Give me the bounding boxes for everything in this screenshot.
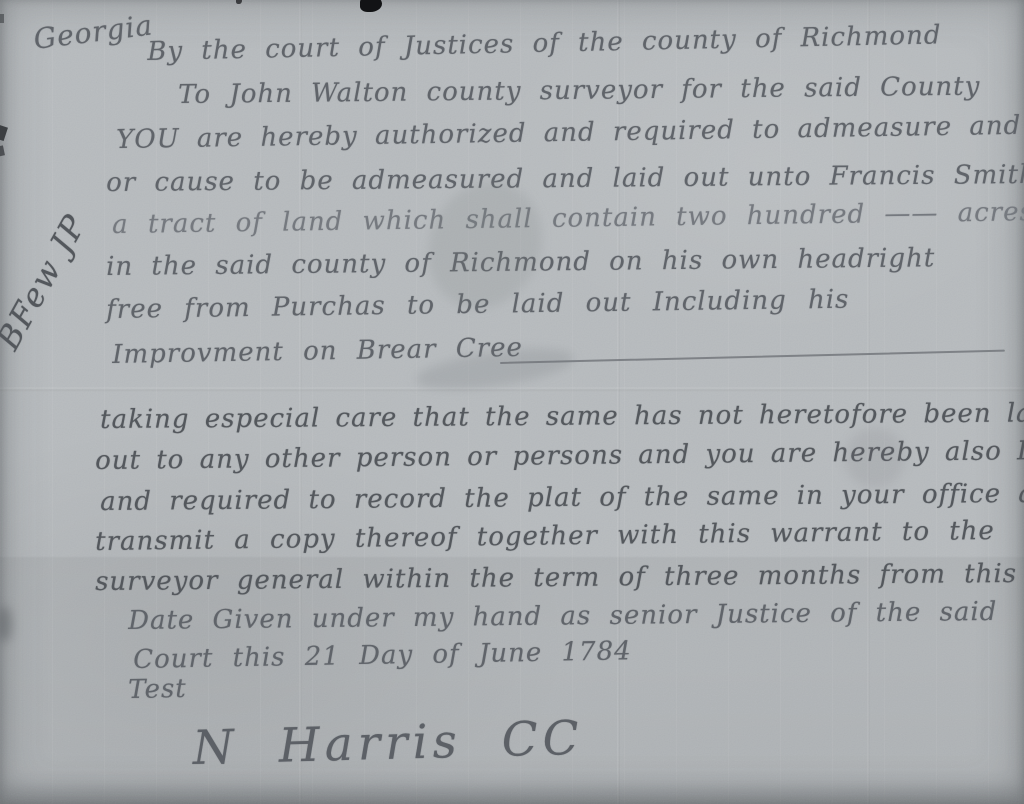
manuscript-line: By the court of Justices of the county o… — [147, 21, 942, 68]
manuscript-line: surveyor general within the term of thre… — [95, 560, 1017, 598]
manuscript-line: Date Given under my hand as senior Justi… — [128, 598, 998, 637]
manuscript-line: transmit a copy thereof together with th… — [95, 517, 995, 558]
attestation-label: Test — [128, 675, 187, 706]
margin-docket: BFew JP — [0, 207, 94, 356]
manuscript-line: Court this 21 Day of June 1784 — [133, 637, 632, 676]
manuscript-scan: Georgia BFew JP By the court of Justices… — [0, 0, 1024, 804]
manuscript-line: or cause to be admeasured and laid out u… — [106, 161, 1024, 199]
edge-mark — [0, 145, 5, 156]
state-heading: Georgia — [32, 9, 155, 56]
edge-mark — [0, 14, 4, 23]
manuscript-line: To John Walton county surveyor for the s… — [178, 73, 981, 111]
ink-blot — [236, 0, 242, 4]
manuscript-line: a tract of land which shall contain two … — [112, 198, 1024, 241]
ink-blot — [360, 0, 382, 12]
edge-mark — [0, 125, 8, 141]
bleed-through-smudge — [845, 428, 905, 488]
manuscript-line: YOU are hereby authorized and required t… — [116, 110, 1024, 156]
edge-smudge — [0, 606, 12, 642]
pen-stroke-line — [500, 350, 1005, 364]
signature: N Harris CC — [192, 712, 584, 776]
